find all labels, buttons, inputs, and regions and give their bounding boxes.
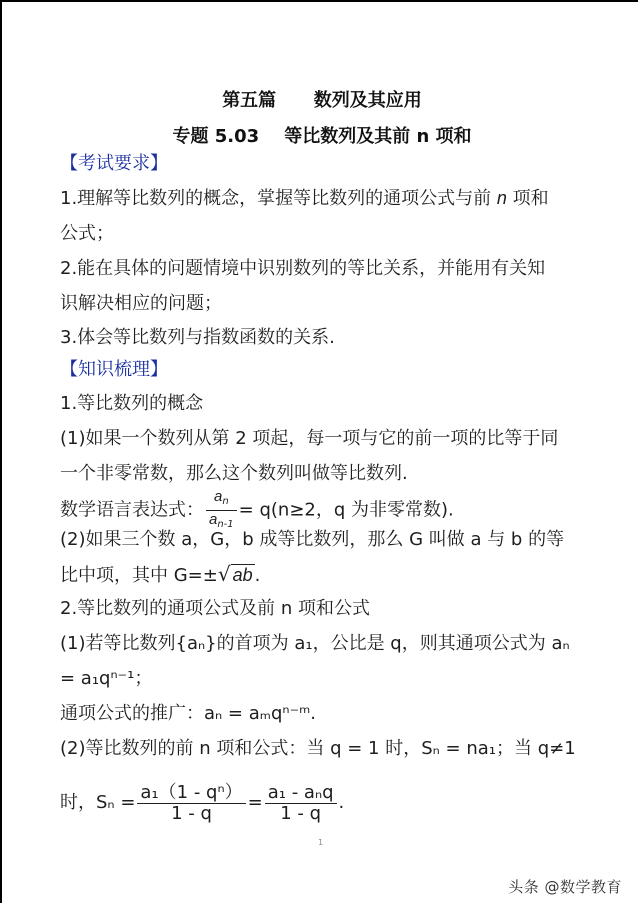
sum-fraction-2: a₁ - aₙq1 - q [265, 783, 337, 824]
numerator-sub: n [222, 496, 228, 507]
general-term-extension: 通项公式的推广：aₙ = aₘqⁿ⁻ᵐ. [60, 702, 316, 726]
page-number: 1 [318, 838, 323, 847]
geo-mean-line-1: (2)如果三个数 a，G，b 成等比数列，那么 G 叫做 a 与 b 的等 [60, 528, 564, 552]
topic-title: 专题 5.03 等比数列及其前 n 项和 [2, 122, 640, 148]
sum-formula-line-1: (2)等比数列的前 n 项和公式：当 q = 1 时，Sₙ = na₁；当 q≠… [60, 737, 576, 761]
sum-fraction-1: a₁（1 - qⁿ）1 - q [137, 783, 245, 824]
requirement-2: 2.能在具体的问题情境中识别数列的等比关系，并能用有关知 [60, 257, 545, 281]
geo-mean-line-2: 比中项，其中 G=±√ab. [60, 562, 260, 588]
watermark: 头条 @数学教育 [508, 876, 622, 897]
sum-fraction-2-num: a₁ - aₙq [265, 783, 337, 804]
definition-line-1: (1)如果一个数列从第 2 项起，每一项与它的前一项的比等于同 [60, 427, 558, 451]
document-page: 第五篇 数列及其应用 专题 5.03 等比数列及其前 n 项和 【考试要求】 1… [0, 0, 638, 903]
sum-fraction-1-num: a₁（1 - qⁿ） [137, 783, 245, 804]
requirement-2-cont: 识解决相应的问题； [60, 292, 222, 316]
sum-fraction-2-den: 1 - q [265, 804, 337, 824]
sqrt-content: ab [231, 564, 255, 586]
concept-title: 1.等比数列的概念 [60, 392, 203, 416]
math-expression-rhs: = q(n≥2，q 为非零常数). [239, 500, 454, 521]
sum-fraction-1-den: 1 - q [137, 804, 245, 824]
sum-suffix: . [339, 792, 345, 813]
sqrt-icon: √ [218, 562, 231, 586]
geo-mean-prefix: 比中项，其中 G=± [60, 565, 218, 586]
requirement-1-text-end: 项和 [507, 188, 549, 209]
math-expression-label: 数学语言表达式： [60, 500, 204, 521]
requirement-3: 3.体会等比数列与指数函数的关系. [60, 326, 335, 350]
ratio-fraction: anan-1 [206, 488, 237, 533]
geo-mean-suffix: . [255, 565, 261, 586]
general-term-line-1: (1)若等比数列{aₙ}的首项为 a₁，公比是 q，则其通项公式为 aₙ [60, 632, 570, 656]
part-title: 第五篇 数列及其应用 [2, 86, 640, 112]
general-term-line-2: = a₁qⁿ⁻¹； [60, 667, 152, 691]
sum-formula-line-2: 时，Sₙ =a₁（1 - qⁿ）1 - q=a₁ - aₙq1 - q. [60, 778, 344, 828]
requirements-heading: 【考试要求】 [60, 152, 168, 176]
math-expression-line: 数学语言表达式：anan-1= q(n≥2，q 为非零常数). [60, 488, 454, 533]
definition-line-2: 一个非零常数，那么这个数列叫做等比数列. [60, 462, 408, 486]
requirement-1: 1.理解等比数列的概念，掌握等比数列的通项公式与前 n 项和 [60, 186, 549, 211]
requirement-1-cont: 公式； [60, 222, 114, 246]
sum-prefix: 时，Sₙ = [60, 792, 135, 813]
equals-sign: = [248, 792, 263, 813]
requirement-1-text: 1.理解等比数列的概念，掌握等比数列的通项公式与前 [60, 188, 497, 209]
sqrt-ab: ab [233, 565, 253, 585]
formula-title: 2.等比数列的通项公式及前 n 项和公式 [60, 597, 370, 621]
knowledge-heading: 【知识梳理】 [60, 358, 168, 382]
var-n: n [497, 188, 507, 208]
